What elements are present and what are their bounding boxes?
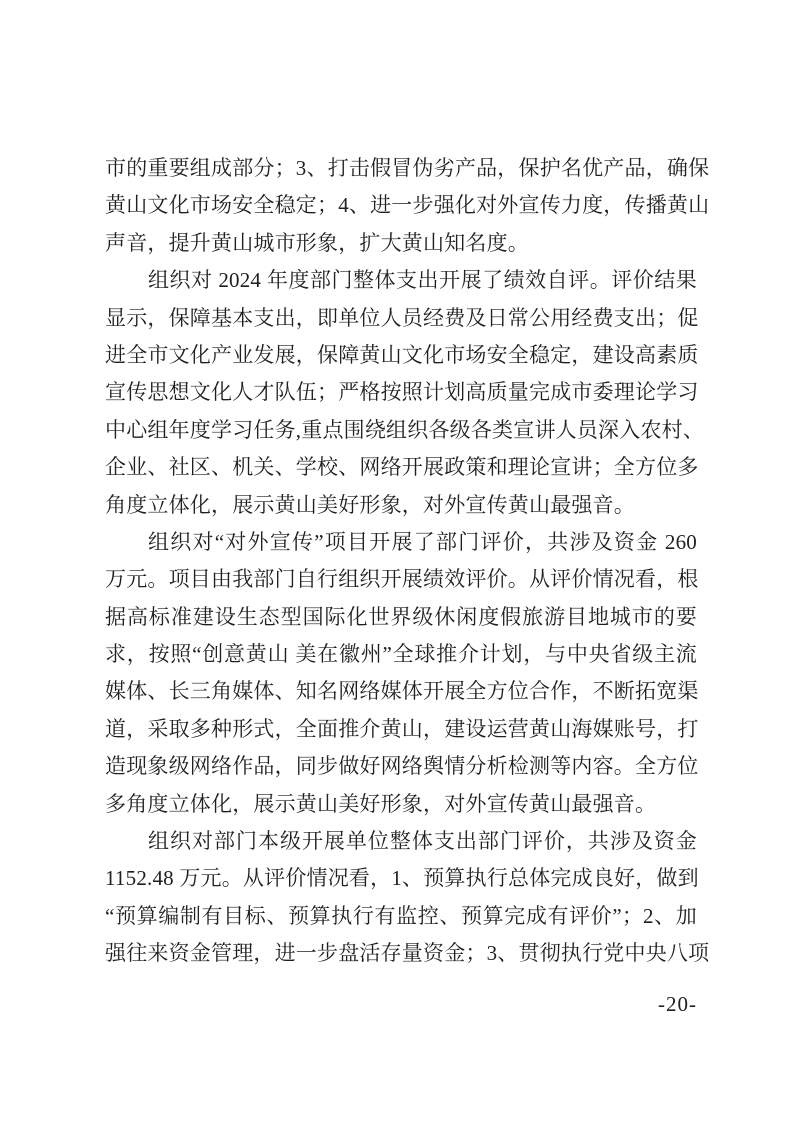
text-line: 组织对“对外宣传”项目开展了部门评价，共涉及资金 260	[105, 524, 697, 561]
text-line: 角度立体化，展示黄山美好形象，对外宣传黄山最强音。	[105, 487, 697, 524]
text-line: “预算编制有目标、预算执行有监控、预算完成有评价”；2、加	[105, 898, 697, 935]
page-number: -20-	[658, 992, 697, 1016]
text-line: 道，采取多种形式，全面推介黄山，建设运营黄山海媒账号，打	[105, 711, 697, 748]
text-line: 声音，提升黄山城市形象，扩大黄山知名度。	[105, 225, 697, 262]
document-page: 市的重要组成部分；3、打击假冒伪劣产品，保护名优产品，确保黄山文化市场安全稳定；…	[0, 0, 793, 1122]
text-line: 强往来资金管理，进一步盘活存量资金；3、贯彻执行党中央八项	[105, 935, 697, 972]
text-line: 显示，保障基本支出，即单位人员经费及日常公用经费支出；促	[105, 300, 697, 337]
text-line: 黄山文化市场安全稳定；4、进一步强化对外宣传力度，传播黄山	[105, 187, 697, 224]
text-line: 造现象级网络作品，同步做好网络舆情分析检测等内容。全方位	[105, 748, 697, 785]
text-line: 宣传思想文化人才队伍；严格按照计划高质量完成市委理论学习	[105, 374, 697, 411]
text-line: 多角度立体化，展示黄山美好形象，对外宣传黄山最强音。	[105, 786, 697, 823]
text-line: 市的重要组成部分；3、打击假冒伪劣产品，保护名优产品，确保	[105, 150, 697, 187]
text-line: 媒体、长三角媒体、知名网络媒体开展全方位合作，不断拓宽渠	[105, 673, 697, 710]
document-body: 市的重要组成部分；3、打击假冒伪劣产品，保护名优产品，确保黄山文化市场安全稳定；…	[105, 150, 697, 973]
text-line: 组织对 2024 年度部门整体支出开展了绩效自评。评价结果	[105, 262, 697, 299]
text-line: 据高标准建设生态型国际化世界级休闲度假旅游目地城市的要	[105, 599, 697, 636]
text-line: 进全市文化产业发展，保障黄山文化市场安全稳定，建设高素质	[105, 337, 697, 374]
text-line: 组织对部门本级开展单位整体支出部门评价，共涉及资金	[105, 823, 697, 860]
text-line: 中心组年度学习任务,重点围绕组织各级各类宣讲人员深入农村、	[105, 412, 697, 449]
text-line: 1152.48 万元。从评价情况看，1、预算执行总体完成良好，做到	[105, 860, 697, 897]
text-line: 求，按照“创意黄山 美在徽州”全球推介计划，与中央省级主流	[105, 636, 697, 673]
text-line: 企业、社区、机关、学校、网络开展政策和理论宣讲；全方位多	[105, 449, 697, 486]
text-line: 万元。项目由我部门自行组织开展绩效评价。从评价情况看，根	[105, 561, 697, 598]
